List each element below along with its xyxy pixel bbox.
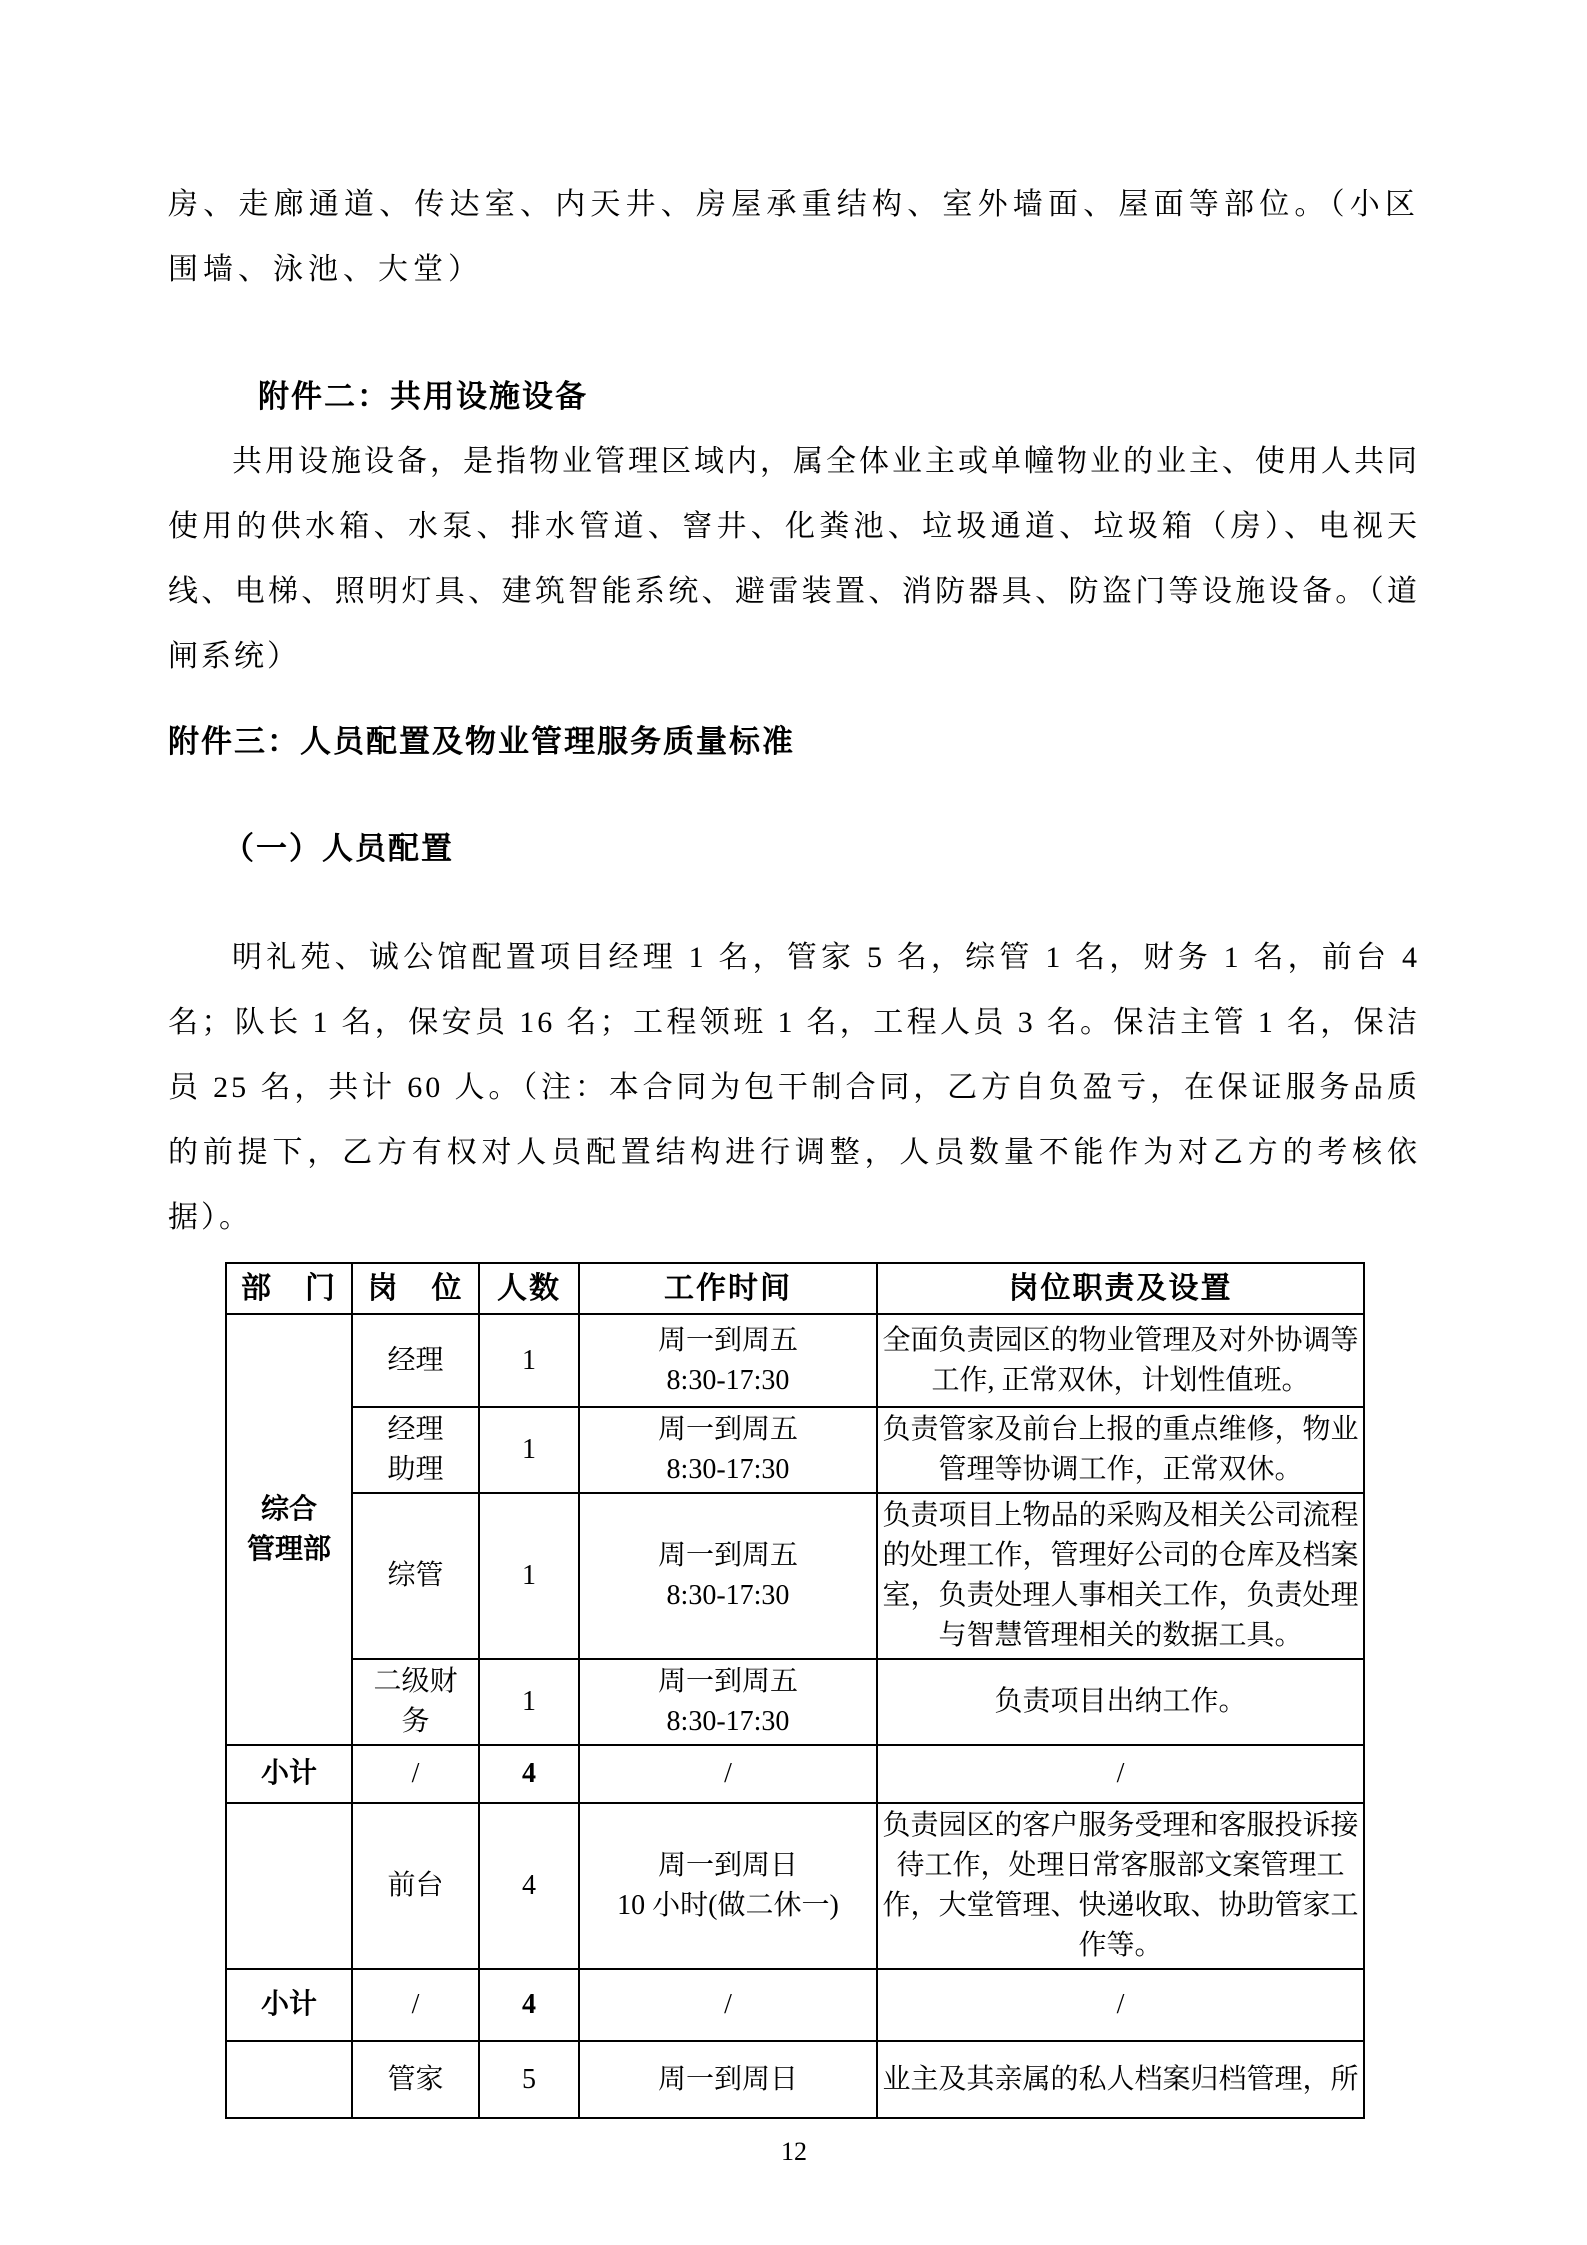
header-duties: 岗位职责及设置 [877, 1263, 1364, 1314]
subtotal-headcount: 4 [479, 1969, 579, 2041]
header-department: 部 门 [226, 1263, 352, 1314]
page-content: 房、走廊通道、传达室、内天井、房屋承重结构、室外墙面、屋面等部位。（小区围墙、泳… [0, 0, 1587, 2167]
section1-heading: （一）人员配置 [168, 816, 1420, 881]
subtotal-hours: / [579, 1969, 877, 2041]
duty-cell: 负责园区的客户服务受理和客服投诉接待工作，处理日常客服部文案管理工作，大堂管理、… [877, 1803, 1364, 1969]
hours-cell: 周一到周五 8:30-17:30 [579, 1407, 877, 1493]
subtotal-label: 小计 [226, 1745, 352, 1803]
headcount-cell: 4 [479, 1803, 579, 1969]
position-cell: 经理 [352, 1314, 479, 1407]
section1-paragraph: 明礼苑、诚公馆配置项目经理 1 名，管家 5 名，综管 1 名，财务 1 名，前… [168, 925, 1420, 1250]
duty-cell: 负责管家及前台上报的重点维修，物业管理等协调工作，正常双休。 [877, 1407, 1364, 1493]
headcount-cell: 5 [479, 2041, 579, 2118]
attachment2-paragraph: 共用设施设备，是指物业管理区域内，属全体业主或单幢物业的业主、使用人共同使用的供… [168, 429, 1420, 689]
page-number: 12 [168, 2137, 1420, 2167]
staff-table: 部 门岗 位人数工作时间岗位职责及设置综合 管理部经理1周一到周五 8:30-1… [225, 1262, 1365, 2119]
dept-cell [226, 1803, 352, 1969]
table-row: 综合 管理部经理1周一到周五 8:30-17:30全面负责园区的物业管理及对外协… [226, 1314, 1364, 1407]
headcount-cell: 1 [479, 1407, 579, 1493]
dept-cell [226, 2041, 352, 2118]
subtotal-label: 小计 [226, 1969, 352, 2041]
subtotal-headcount: 4 [479, 1745, 579, 1803]
table-row: 管家5周一到周日业主及其亲属的私人档案归档管理，所 [226, 2041, 1364, 2118]
subtotal-hours: / [579, 1745, 877, 1803]
table-row: 前台4周一到周日 10 小时(做二休一)负责园区的客户服务受理和客服投诉接待工作… [226, 1803, 1364, 1969]
hours-cell: 周一到周五 8:30-17:30 [579, 1314, 877, 1407]
position-cell: 二级财 务 [352, 1659, 479, 1745]
subtotal-position: / [352, 1745, 479, 1803]
headcount-cell: 1 [479, 1493, 579, 1659]
duty-cell: 全面负责园区的物业管理及对外协调等工作, 正常双休，计划性值班。 [877, 1314, 1364, 1407]
position-cell: 管家 [352, 2041, 479, 2118]
continuation-paragraph: 房、走廊通道、传达室、内天井、房屋承重结构、室外墙面、屋面等部位。（小区围墙、泳… [168, 172, 1420, 302]
duty-cell: 负责项目出纳工作。 [877, 1659, 1364, 1745]
table-row: 经理 助理1周一到周五 8:30-17:30负责管家及前台上报的重点维修，物业管… [226, 1407, 1364, 1493]
table-row: 小计/4// [226, 1969, 1364, 2041]
document-page: 房、走廊通道、传达室、内天井、房屋承重结构、室外墙面、屋面等部位。（小区围墙、泳… [0, 0, 1587, 2245]
duty-cell: 业主及其亲属的私人档案归档管理，所 [877, 2041, 1364, 2118]
header-work-hours: 工作时间 [579, 1263, 877, 1314]
hours-cell: 周一到周日 10 小时(做二休一) [579, 1803, 877, 1969]
hours-cell: 周一到周五 8:30-17:30 [579, 1493, 877, 1659]
duty-cell: 负责项目上物品的采购及相关公司流程的处理工作，管理好公司的仓库及档案室，负责处理… [877, 1493, 1364, 1659]
hours-cell: 周一到周五 8:30-17:30 [579, 1659, 877, 1745]
table-header-row: 部 门岗 位人数工作时间岗位职责及设置 [226, 1263, 1364, 1314]
position-cell: 经理 助理 [352, 1407, 479, 1493]
subtotal-duty: / [877, 1745, 1364, 1803]
subtotal-duty: / [877, 1969, 1364, 2041]
position-cell: 综管 [352, 1493, 479, 1659]
dept-cell: 综合 管理部 [226, 1314, 352, 1745]
hours-cell: 周一到周日 [579, 2041, 877, 2118]
position-cell: 前台 [352, 1803, 479, 1969]
header-headcount: 人数 [479, 1263, 579, 1314]
headcount-cell: 1 [479, 1314, 579, 1407]
table-row: 综管1周一到周五 8:30-17:30负责项目上物品的采购及相关公司流程的处理工… [226, 1493, 1364, 1659]
headcount-cell: 1 [479, 1659, 579, 1745]
subtotal-position: / [352, 1969, 479, 2041]
table-row: 二级财 务1周一到周五 8:30-17:30负责项目出纳工作。 [226, 1659, 1364, 1745]
attachment3-heading: 附件三：人员配置及物业管理服务质量标准 [168, 709, 1420, 774]
table-row: 小计/4// [226, 1745, 1364, 1803]
header-position: 岗 位 [352, 1263, 479, 1314]
attachment2-heading: 附件二：共用设施设备 [168, 364, 1420, 429]
